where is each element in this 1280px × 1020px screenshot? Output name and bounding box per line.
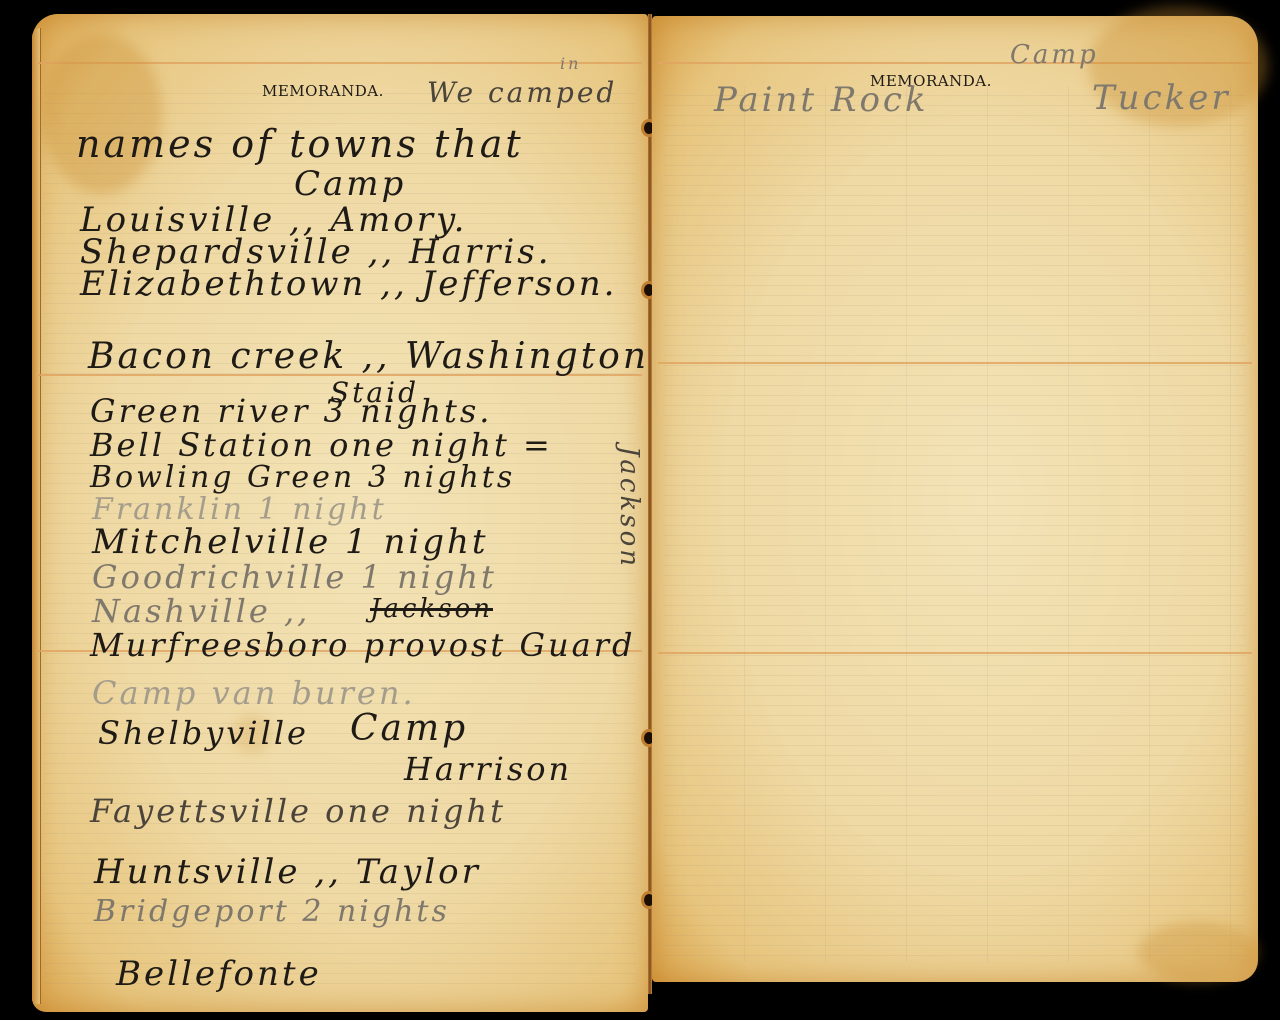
handwritten-line: Elizabethtown ,, Jefferson. [80,264,617,304]
page-heading: MEMORANDA. [262,82,384,100]
handwritten-line: Bell Station one night = [90,426,553,464]
handwritten-line: Shelbyville [98,714,309,752]
right-page: MEMORANDA. Paint Rock Camp Tucker [652,16,1258,982]
handwritten-line: Goodrichville 1 night [92,558,497,596]
handwritten-line: Bowling Green 3 nights [90,460,515,495]
handwritten-line: Mitchelville 1 night [92,522,489,562]
handwritten-line: Harrison [404,750,572,788]
left-page: MEMORANDA. in We camped names of towns t… [32,14,648,1012]
age-stain [42,34,162,194]
faint-column-lines [664,86,1246,962]
handwritten-line: Huntsville ,, Taylor [94,852,481,892]
handwritten-line: Green river 3 nights. [90,392,492,430]
handwritten-line: Camp [1010,40,1099,70]
vertical-margin-note: Jackson [614,446,644,569]
handwritten-line: Bellefonte [116,954,322,994]
handwritten-line: Nashville ,, [92,592,310,630]
handwritten-line: Camp [294,164,406,204]
handwritten-line: Tucker [1092,78,1231,118]
erased-line: Camp van buren. [92,674,416,712]
handwritten-line: Bridgeport 2 nights [94,894,450,929]
handwritten-line: Bacon creek ,, Washington. [88,336,663,377]
handwritten-line: Camp [350,708,468,749]
handwritten-line: names of towns that [76,122,524,166]
rule-line-middle [658,362,1252,364]
header-note-insert: in [560,54,581,73]
header-note: We camped [427,76,617,109]
handwritten-line: Paint Rock [714,80,929,120]
age-stain [1138,922,1258,982]
handwritten-line: Murfreesboro provost Guard [90,626,635,664]
handwritten-line: Fayettsville one night [90,792,506,830]
struck-through-word: Jackson [370,594,493,624]
rule-line-lower [658,652,1252,654]
